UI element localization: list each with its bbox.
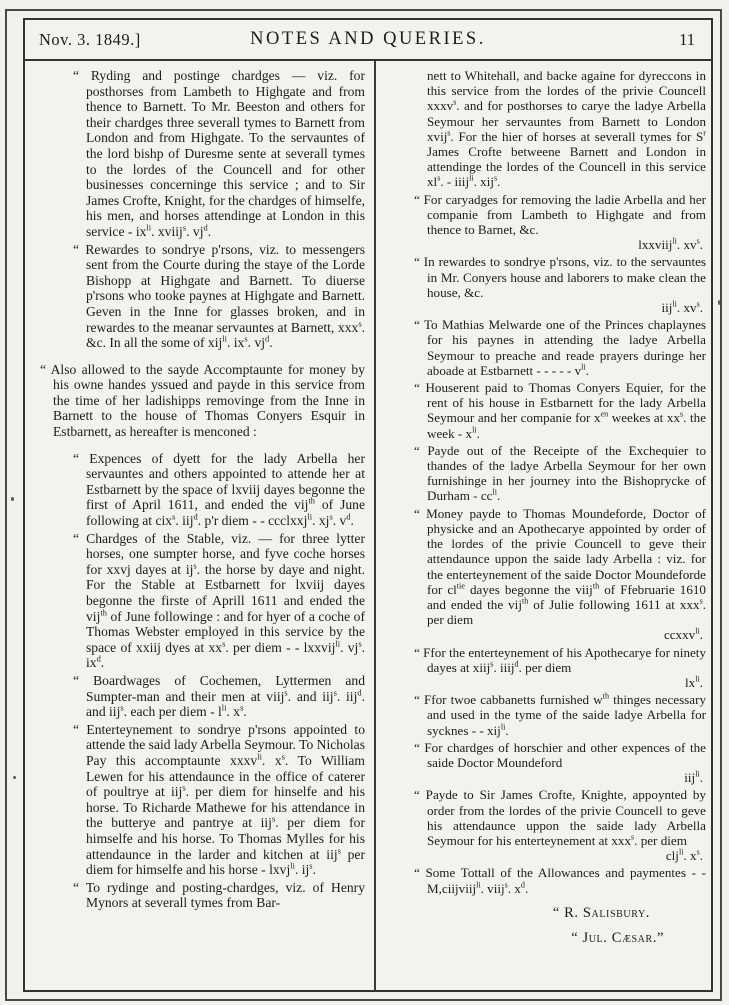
paragraph: nett to Whitehall, and backe againe for …: [414, 68, 706, 190]
paragraph: “ Money payde to Thomas Moundeforde, Doc…: [414, 506, 706, 628]
page-title: NOTES AND QUERIES.: [25, 29, 711, 50]
paragraph: “ Some Tottall of the Allowances and pay…: [414, 865, 706, 895]
left-column: “ Ryding and postinge chardges — viz. fo…: [25, 61, 374, 990]
paragraph: “ Rewardes to sondrye p'rsons, viz. to m…: [73, 242, 365, 351]
paragraph: “ Chardges of the Stable, viz. — for thr…: [73, 531, 365, 671]
paragraph: “ Ffor the enterteynement of his Apothec…: [414, 645, 706, 675]
amount-line: iijli. xvs.: [386, 300, 706, 315]
paragraph: “ In rewardes to sondrye p'rsons, viz. t…: [414, 254, 706, 300]
paragraph: “ Enterteynement to sondrye p'rsons appo…: [73, 722, 365, 878]
scan-speck: [718, 300, 720, 305]
paragraph: “ Houserent paid to Thomas Conyers Equie…: [414, 380, 706, 441]
paragraph: “ Ryding and postinge chardges — viz. fo…: [73, 68, 365, 240]
amount-line: cljli. xs.: [386, 848, 706, 863]
signature: “ Jul. Cæsar.”: [386, 931, 706, 946]
paragraph: “ To Mathias Melwarde one of the Princes…: [414, 317, 706, 378]
paragraph: “ For chardges of horschier and other ex…: [414, 740, 706, 770]
amount-line: ccxxvli.: [386, 627, 706, 642]
paragraph: “ Payde to Sir James Crofte, Knighte, ap…: [414, 787, 706, 848]
scan-speck: [13, 776, 16, 779]
amount-line: iijli.: [386, 770, 706, 785]
signature: “ R. Salisbury.: [386, 906, 706, 921]
amount-line: lxli.: [386, 675, 706, 690]
scan-speck: [11, 497, 14, 501]
text-columns: “ Ryding and postinge chardges — viz. fo…: [25, 61, 711, 990]
scanned-document-page: Nov. 3. 1849.] NOTES AND QUERIES. 11 “ R…: [0, 0, 729, 1005]
paragraph: “ Also allowed to the sayde Accomptaunte…: [40, 362, 365, 440]
paragraph: “ To rydinge and posting-chardges, viz. …: [73, 880, 365, 911]
right-column: nett to Whitehall, and backe againe for …: [376, 61, 711, 990]
paragraph: “ For caryadges for removing the ladie A…: [414, 192, 706, 238]
paragraph: “ Ffor twoe cabbanetts furnished wth thi…: [414, 692, 706, 738]
amount-line: lxxviijli. xvs.: [386, 237, 706, 252]
page-frame: Nov. 3. 1849.] NOTES AND QUERIES. 11 “ R…: [23, 18, 713, 992]
paragraph: “ Boardwages of Cochemen, Lyttermen and …: [73, 673, 365, 720]
paragraph: “ Payde out of the Receipte of the Exche…: [414, 443, 706, 504]
paragraph: “ Expences of dyett for the lady Arbella…: [73, 451, 365, 529]
page-number: 11: [679, 30, 695, 50]
running-head: Nov. 3. 1849.] NOTES AND QUERIES. 11: [25, 20, 711, 61]
